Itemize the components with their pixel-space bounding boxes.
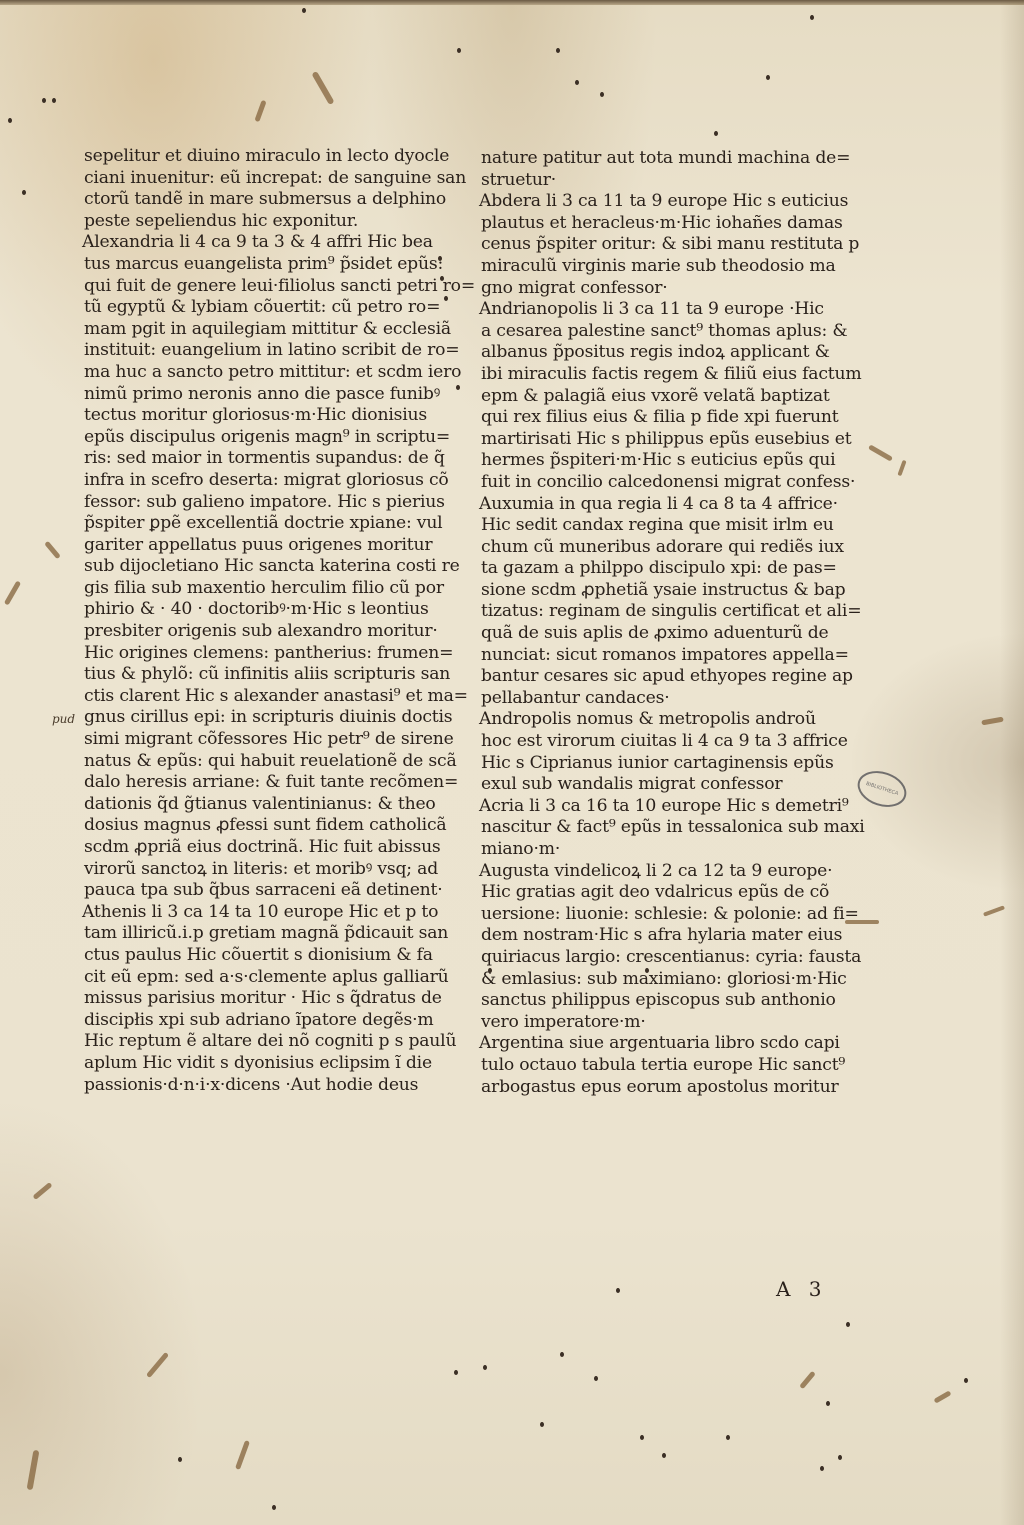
wormhole xyxy=(838,1455,842,1460)
wormhole xyxy=(42,98,46,103)
text-line: & emlasius: sub maximiano: gloriosi·m·Hi… xyxy=(481,969,821,991)
wormtrack-stain xyxy=(311,71,334,105)
wormhole xyxy=(826,1401,830,1406)
wormtrack-stain xyxy=(146,1352,169,1378)
wormtrack-stain xyxy=(845,920,879,924)
text-line: sepelitur et diuino miraculo in lecto dy… xyxy=(84,146,434,168)
wormhole xyxy=(726,1435,730,1440)
entry-heading-line: Augusta vindelicoꝝ li 2 ca 12 ta 9 europ… xyxy=(479,861,821,883)
wormhole xyxy=(645,968,649,973)
wormhole xyxy=(820,1466,824,1471)
entry-heading-line: Abdera li 3 ca 11 ta 9 europe Hic s euti… xyxy=(479,191,821,213)
document-page: sepelitur et diuino miraculo in lecto dy… xyxy=(0,0,1024,1525)
wormhole xyxy=(964,1378,968,1383)
signature-mark: A 3 xyxy=(776,1277,828,1301)
text-line: albanus p̃positus regis indoꝝ applicant … xyxy=(481,342,821,364)
library-stamp-icon: BIBLIOTHECA xyxy=(853,765,911,813)
text-line: ta gazam a philppo discipulo xpi: de pas… xyxy=(481,558,821,580)
wormtrack-stain xyxy=(254,100,266,122)
text-line: qui fuit de genere leui·filiolus sancti … xyxy=(84,276,434,298)
wormtrack-stain xyxy=(27,1450,40,1490)
wormtrack-stain xyxy=(4,580,21,605)
text-line: tam illiricũ.i.p gretiam magnã p̃dicauit… xyxy=(84,923,434,945)
text-line: phirio & · 40 · doctoribꝰ·m·Hic s leonti… xyxy=(84,599,434,621)
text-line: tulo octauo tabula tertia europe Hic san… xyxy=(481,1055,821,1077)
text-line: quã de suis aplis de ꝓximo aduenturũ de xyxy=(481,623,821,645)
wormhole xyxy=(766,75,770,80)
wormhole xyxy=(560,1352,564,1357)
text-line: uersione: liuonie: schlesie: & polonie: … xyxy=(481,904,821,926)
page-top-edge xyxy=(0,0,1024,5)
wormhole xyxy=(8,118,12,123)
wormtrack-stain xyxy=(32,1182,52,1200)
text-line: natus & epũs: qui habuit reuelationẽ de … xyxy=(84,751,434,773)
text-line: discipłis xpi sub adriano ĩpatore degẽs·… xyxy=(84,1010,434,1032)
text-line: ctus paulus Hic cõuertit s dionisium & f… xyxy=(84,945,434,967)
text-line: passionis·d·n·i·x·dicens ·Aut hodie deus xyxy=(84,1075,434,1097)
text-line: exul sub wandalis migrat confessor xyxy=(481,774,821,796)
wormhole xyxy=(640,1435,644,1440)
text-line: ctorũ tandẽ in mare submersus a delphino xyxy=(84,189,434,211)
text-line: hoc est virorum ciuitas li 4 ca 9 ta 3 a… xyxy=(481,731,821,753)
wormhole xyxy=(178,1457,182,1462)
text-line: missus parisius moritur · Hic s q̃dratus… xyxy=(84,988,434,1010)
text-line: qui rex filius eius & filia p fide xpi f… xyxy=(481,407,821,429)
wormhole xyxy=(454,1370,458,1375)
left-text-column: sepelitur et diuino miraculo in lecto dy… xyxy=(84,146,434,1096)
text-line: tius & phylõ: cũ infinitis aliis scriptu… xyxy=(84,664,434,686)
text-line: instituit: euangelium in latino scribit … xyxy=(84,340,434,362)
text-line: Hic origines clemens: pantherius: frumen… xyxy=(84,643,434,665)
wormhole xyxy=(556,48,560,53)
text-line: ibi miraculis factis regem & filiũ eius … xyxy=(481,364,821,386)
text-line: ciani inuenitur: eũ increpat: de sanguin… xyxy=(84,168,434,190)
text-line: epm & palagiã eius vxorẽ velatã baptizat xyxy=(481,386,821,408)
text-line: dosius magnus ꝓfessi sunt fidem catholic… xyxy=(84,815,434,837)
text-line: vero imperatore·m· xyxy=(481,1012,821,1034)
wormhole xyxy=(810,15,814,20)
wormtrack-stain xyxy=(897,460,906,476)
page-right-edge-shadow xyxy=(1000,0,1024,1525)
text-line: a cesarea palestine sanct⁹ thomas aplus:… xyxy=(481,321,821,343)
wormtrack-stain xyxy=(799,1371,816,1390)
text-line: virorũ sanctoꝝ in literis: et moribꝰ vsq… xyxy=(84,859,434,881)
wormtrack-stain xyxy=(235,1440,250,1470)
text-line: hermes p̃spiteri·m·Hic s euticius epũs q… xyxy=(481,450,821,472)
text-line: Hic s Ciprianus iunior cartaginensis epũ… xyxy=(481,753,821,775)
text-line: scdm ꝓpriã eius doctrinã. Hic fuit abiss… xyxy=(84,837,434,859)
wormtrack-stain xyxy=(933,1390,951,1403)
text-line: miraculũ virginis marie sub theodosio ma xyxy=(481,256,821,278)
text-line: nascitur & fact⁹ epũs in tessalonica sub… xyxy=(481,817,821,839)
text-line: plautus et heracleus·m·Hic iohañes damas xyxy=(481,213,821,235)
wormhole xyxy=(846,1322,850,1327)
entry-heading-line: Andropolis nomus & metropolis androũ xyxy=(479,709,821,731)
wormhole xyxy=(616,1288,620,1293)
text-line: presbiter origenis sub alexandro moritur… xyxy=(84,621,434,643)
text-line: infra in scefro deserta: migrat gloriosu… xyxy=(84,470,434,492)
wormhole xyxy=(662,1453,666,1458)
wormhole xyxy=(483,1365,487,1370)
text-line: tus marcus euangelista prim⁹ p̃sidet epũ… xyxy=(84,254,434,276)
text-line: ma huc a sancto petro mittitur: et scdm … xyxy=(84,362,434,384)
text-line: tizatus: reginam de singulis certificat … xyxy=(481,601,821,623)
text-line: dem nostram·Hic s afra hylaria mater eiu… xyxy=(481,925,821,947)
text-line: tectus moritur gloriosus·m·Hic dionisius xyxy=(84,405,434,427)
text-line: nunciat: sicut romanos impatores appella… xyxy=(481,645,821,667)
text-line: struetur· xyxy=(481,170,821,192)
wormhole xyxy=(272,1505,276,1510)
text-line: Hic gratias agit deo vdalricus epũs de c… xyxy=(481,882,821,904)
entry-heading-line: Athenis li 3 ca 14 ta 10 europe Hic et p… xyxy=(82,902,434,924)
text-line: dalo heresis arriane: & fuit tante recõm… xyxy=(84,772,434,794)
text-line: nimũ primo neronis anno die pasce funibꝰ xyxy=(84,384,434,406)
wormhole xyxy=(456,385,460,390)
text-line: bantur cesares sic apud ethyopes regine … xyxy=(481,666,821,688)
wormhole xyxy=(438,256,442,261)
text-line: tũ egyptũ & lybiam cõuertit: cũ petro ro… xyxy=(84,297,434,319)
text-line: pellabantur candaces· xyxy=(481,688,821,710)
text-line: dationis q̃d g̃tianus valentinianus: & t… xyxy=(84,794,434,816)
entry-heading-line: Alexandria li 4 ca 9 ta 3 & 4 affri Hic … xyxy=(82,232,434,254)
text-line: quiriacus largio: crescentianus: cyria: … xyxy=(481,947,821,969)
wormhole xyxy=(540,1422,544,1427)
entry-heading-line: Auxumia in qua regia li 4 ca 8 ta 4 affr… xyxy=(479,494,821,516)
text-line: epũs discipulus origenis magn⁹ in script… xyxy=(84,427,434,449)
text-line: peste sepeliendus hic exponitur. xyxy=(84,211,434,233)
text-line: chum cũ muneribus adorare qui rediẽs iux xyxy=(481,537,821,559)
wormhole xyxy=(488,968,492,973)
text-line: martirisati Hic s philippus epũs eusebiu… xyxy=(481,429,821,451)
text-line: ris: sed maior in tormentis supandus: de… xyxy=(84,448,434,470)
wormtrack-stain xyxy=(868,444,893,461)
wormhole xyxy=(714,131,718,136)
text-line: pauca tpa sub q̃bus sarraceni eã detinen… xyxy=(84,880,434,902)
entry-heading-line: Argentina siue argentuaria libro scdo ca… xyxy=(479,1033,821,1055)
margin-annotation: pud xyxy=(52,712,75,726)
text-line: miano·m· xyxy=(481,839,821,861)
wormhole xyxy=(594,1376,598,1381)
text-line: arbogastus epus eorum apostolus moritur xyxy=(481,1077,821,1099)
wormhole xyxy=(457,48,461,53)
text-line: gis filia sub maxentio herculim filio cũ… xyxy=(84,578,434,600)
text-line: sub dijocletiano Hic sancta katerina cos… xyxy=(84,556,434,578)
text-line: fuit in concilio calcedonensi migrat con… xyxy=(481,472,821,494)
text-line: p̃spiter ꝑpẽ excellentiã doctrie xpiane:… xyxy=(84,513,434,535)
text-line: fessor: sub galieno impatore. Hic s pier… xyxy=(84,492,434,514)
text-line: aplum Hic vidit s dyonisius eclipsim ĩ d… xyxy=(84,1053,434,1075)
text-line: cenus p̃spiter oritur: & sibi manu resti… xyxy=(481,234,821,256)
wormhole xyxy=(440,276,444,281)
right-text-column: nature patitur aut tota mundi machina de… xyxy=(481,148,821,1098)
text-line: sione scdm ꝓphetiã ysaie instructus & ba… xyxy=(481,580,821,602)
text-line: Hic reptum ẽ altare dei nõ cogniti p s p… xyxy=(84,1031,434,1053)
wormhole xyxy=(444,296,448,301)
wormhole xyxy=(600,92,604,97)
wormhole xyxy=(575,80,579,85)
text-line: cit eũ epm: sed a·s·clemente aplus galli… xyxy=(84,967,434,989)
text-line: ctis clarent Hic s alexander anastasi⁹ e… xyxy=(84,686,434,708)
text-line: sanctus philippus episcopus sub anthonio xyxy=(481,990,821,1012)
text-line: gnus cirillus epi: in scripturis diuinis… xyxy=(84,707,434,729)
wormtrack-stain xyxy=(44,541,61,560)
entry-heading-line: Acria li 3 ca 16 ta 10 europe Hic s deme… xyxy=(479,796,821,818)
wormhole xyxy=(302,8,306,13)
text-line: simi migrant cõfessores Hic petr⁹ de sir… xyxy=(84,729,434,751)
text-line: Hic sedit candax regina que misit irlm e… xyxy=(481,515,821,537)
text-line: gno migrat confessor· xyxy=(481,278,821,300)
text-line: mam pgit in aquilegiam mittitur & eccles… xyxy=(84,319,434,341)
text-line: nature patitur aut tota mundi machina de… xyxy=(481,148,821,170)
wormhole xyxy=(22,190,26,195)
text-line: gariter appellatus puus origenes moritur xyxy=(84,535,434,557)
entry-heading-line: Andrianopolis li 3 ca 11 ta 9 europe ·Hi… xyxy=(479,299,821,321)
wormhole xyxy=(52,98,56,103)
